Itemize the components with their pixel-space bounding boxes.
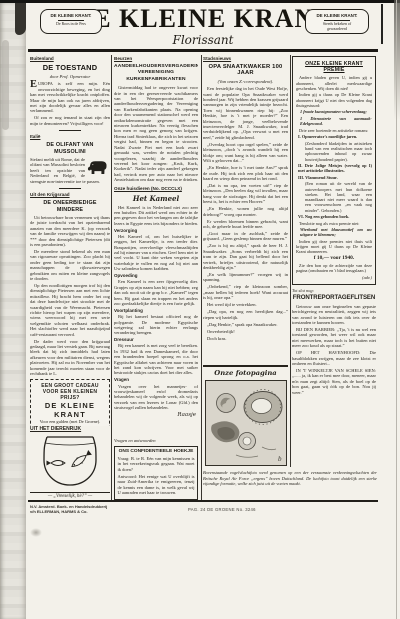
section-label: Onze huisdieren (No. DCCCLX) [114, 186, 198, 192]
subsection-heading: Verzorging [114, 228, 198, 234]
paragraph: „En Henkie, wonen jullie nog altijd drie… [203, 206, 288, 217]
paragraph: „Gooi maar in de aschbak,” zeide de grij… [203, 231, 288, 242]
premium-note: (Een roman uit de wereld van de autoverk… [296, 181, 372, 212]
paragraph: BIJ DEN BARBIER: „Tja, 't is nu wel een … [292, 327, 376, 349]
column-buitenland: Buitenland DE TOESTAND door Prof. Opmera… [30, 56, 110, 500]
paragraph: Getrouw aan onze beginselen van gepaste … [292, 304, 376, 326]
paragraph: „Zoo is hij nu altijd,” sprak de heer H.… [203, 243, 288, 270]
subscription-premium-ad: ONZE KLEINE KRANT PREMIE Andere bladen g… [292, 56, 376, 285]
ad-line: VOOR EEN KLEINEN PRIJS? [33, 389, 107, 401]
foto-section: Onze fotopagina b [203, 363, 288, 466]
ad-paragraph: Indien gij u thans op De Kleine Krant ab… [296, 92, 372, 108]
article-byline: door Prof. Opmerator [30, 74, 110, 79]
premium-note: (Zeshonderd bladzijden in artistieken ba… [296, 141, 372, 162]
paragraph: Het Kameel is in Nederland niet zoo zeer… [114, 205, 198, 227]
scan-artifact-line [381, 4, 383, 44]
scan-smudge [30, 528, 42, 537]
page-reference: PAG. 24 DE GROENE No. 3246 [188, 507, 256, 512]
masthead-rule [28, 49, 378, 52]
column-premie: ONZE KLEINE KRANT PREMIE Andere bladen g… [292, 56, 376, 468]
qa-section: Vragen en antwoorden ONS CONFIDENTIEELE … [114, 438, 198, 500]
paragraph: Een feestelijke dag in het Oude West Hof… [203, 86, 288, 140]
lead-paragraph: EUROPA is zelf een mijn. Eén onvoorzicht… [30, 81, 110, 113]
scan-edge-hairline [396, 0, 397, 619]
section-label: Beurzen [114, 56, 198, 62]
paragraph: „Overdag hoort opa orgel spelen,” zeide … [203, 142, 288, 164]
slogan-box-title: DE KLEINE KRANT: [41, 13, 101, 18]
svg-text:b: b [278, 455, 282, 463]
section-label: Stadsnieuws [203, 56, 288, 62]
scan-artifact-blob [15, 3, 26, 35]
paragraph: Bij het kameel bestaat officieel nog de … [114, 314, 198, 336]
article-headline: OPA SNAATKWAKER 100 JAAR [203, 64, 288, 77]
paragraph: Op den noodlottigen morgen trof hij den … [30, 283, 110, 337]
question-text: Vraag: B. te R. Eén van mijn kennissen i… [118, 456, 195, 472]
section-label: Uit den Krijgsraad [30, 192, 110, 198]
paragraph: Of zou er nog iemand in staat zijn den m… [30, 115, 110, 126]
article-headline: DE ONEERBIEDIGE MINDERE [30, 200, 110, 213]
premium-item: III. Vlammend Stuur. [296, 175, 372, 180]
section-label: Vragen en antwoorden [114, 438, 198, 444]
article-body: Uit betrouwbare bron vernemen wij thans … [30, 215, 110, 377]
scan-artifact-streak [2, 40, 9, 130]
paragraph: Het Kameel of, om het huiselijker te zeg… [114, 234, 198, 272]
article-headline: AANDEELHOUDERSVERGADERING VEREENIGING KU… [114, 64, 198, 83]
subsection-heading: Dressuur [114, 337, 198, 343]
imprint-line: v/h ELLERMAN, HARMS & Co. [30, 509, 107, 514]
column-rule [111, 55, 112, 501]
paragraph: „Dag opa, en nog een heerlijken dag...” … [203, 309, 288, 320]
ad-title: DE KLEINE KRANT [33, 401, 107, 419]
subsection-heading: Vragen [114, 377, 198, 383]
column-beurzen: Beurzen AANDEELHOUDERSVERGADERING VEREEN… [114, 56, 198, 500]
caption-rule [30, 492, 110, 493]
drop-cap: E [30, 81, 38, 90]
lead-text: UROPA is zelf een mijn. Eén onvoorzichti… [30, 81, 110, 113]
article-headline: FRONTREPORTAGEFLITSEN [292, 294, 376, 302]
ad-paragraph: Indien gij deze premies niet thuis wilt … [296, 239, 372, 255]
column-rule [201, 55, 202, 501]
premium-item: 1 fraaie kunstgranaten-schervenlaag; [296, 109, 372, 114]
subsection-heading: Voortplanting [114, 308, 198, 314]
answer-text: Antwoord: Het eenige wat U overblijft is… [118, 474, 195, 496]
ad-headline: ONZE KLEINE KRANT PREMIE [296, 61, 372, 74]
ad-paragraph: Zie den bon op de achterzijde van deze p… [296, 263, 372, 273]
slogan-box-rule [324, 20, 350, 21]
section-label: UIT HET DIERENRIJK [30, 426, 110, 433]
headline-line: VEREENIGING KURKENFABRIKANTEN [126, 70, 185, 81]
article-body: Getrouw aan onze beginselen van gepaste … [292, 304, 376, 395]
section-divider [59, 188, 81, 189]
footer-rule [28, 500, 378, 502]
scan-edge-top [0, 0, 400, 3]
paragraph: Bij een kameel is met zorg veel te berei… [114, 343, 198, 375]
subsection-heading: Opvoeding [114, 273, 198, 279]
slogan-box-text: De Roos in de Pers [41, 22, 101, 27]
slogan-box-text: gewaardeerd [306, 27, 368, 32]
column-stadsnieuws: Stadsnieuws OPA SNAATKWAKER 100 JAAR (Va… [203, 56, 288, 466]
premium-item: 1 Dienooterie van aanmaak-Edelgewond. [296, 116, 372, 126]
elephant-illustration [87, 158, 110, 175]
paragraph: Uit betrouwbare bron vernemen wij thans … [30, 215, 110, 247]
paragraph: Doch kras. [203, 336, 288, 341]
masthead-slogan-box-left: DE KLEINE KRANT: De Roos in de Pers [40, 9, 102, 34]
section-divider [59, 130, 81, 131]
scan-edge-right [394, 0, 400, 120]
adv-marker: (adv.) [296, 275, 372, 280]
paragraph: „En Henkie, hoe is 't met tante Ans?” sp… [203, 165, 288, 181]
ad-paragraph: Tenslotte nog als extra premie niet: [296, 221, 372, 226]
paragraph: De dader werd voor den krijgsraad gedaag… [30, 339, 110, 377]
section-rule [203, 365, 288, 367]
confidential-corner-box: ONS CONFIDENTIEELE HOEKJE Vraag: B. te R… [114, 446, 198, 500]
photo-caption: Bovenstaande vogelvluchtfoto werd genome… [203, 470, 377, 487]
elephant-article: Stefani meldt uit Rome, dat de olifant v… [30, 157, 110, 184]
section-label: Tot slot nog: [292, 288, 376, 294]
headline-line: AANDEELHOUDERSVERGADERING [114, 64, 198, 69]
paragraph: De meerdere stond bekend als een man van… [30, 249, 110, 281]
paragraph: Onverbeterlijk! [203, 329, 288, 334]
price-line: f 10,— voor 1940. [296, 256, 372, 261]
paragraph: Vragen over het mannetjes- of vrouwtjesk… [114, 384, 198, 411]
paragraph: „Onbekend,” riep de kleinzoon somber, „m… [203, 284, 288, 300]
article-title: Het Kameel [114, 194, 198, 203]
section-label: Buitenland [30, 56, 110, 62]
ad-paragraph: Drie zeer boeiende en artistieke romans: [296, 128, 372, 133]
author-signature: Raasje [114, 412, 196, 418]
paragraph: Er werden bloemen binnen gebracht, want … [203, 219, 288, 230]
premium-item: VI. Nog een gebonden boek. [296, 214, 372, 219]
slogan-box-rule [58, 20, 84, 21]
paragraph: „Dat is nu opa, ten voeten uit!” riep de… [203, 183, 288, 205]
animals-section: UIT HET DIERENRIJK [30, 426, 110, 500]
paragraph: IN 'T WINKELTJE VAN SCHELE SIEN: „......… [292, 368, 376, 395]
aerial-photo-illustration: b [205, 380, 287, 466]
column-rule [290, 55, 291, 467]
masthead-slogan-box-right: DE KLEINE KRANT: Steeds bekeken of gewaa… [305, 9, 369, 34]
printer-imprint: N.V. Amsterd. Boek- en Handelsdrukkerij … [30, 504, 107, 514]
premium-item: I. Opmeerator's moeilijke jaren. [296, 134, 372, 139]
article-byline: (Van onzen Z.-correspondent). [203, 79, 288, 84]
paragraph: Een Kameel is een zeer fijngevoelig dier… [114, 279, 198, 306]
article-headline: DE TOESTAND [30, 64, 110, 72]
section-label: Italië [30, 134, 110, 140]
slogan-box-title: DE KLEINE KRANT: [306, 13, 368, 18]
ad-paragraph: Andere bladen geven U, indien gij u abon… [296, 75, 372, 91]
box-title: ONS CONFIDENTIEELE HOEKJE [118, 449, 195, 455]
paragraph: Het werd tijd te vertrekken. [203, 302, 288, 307]
premium-item: II. Drie Jolige Meisjes (vervolg op I) m… [296, 163, 372, 173]
article-headline: DE OLIFANT VAN MUSSOLINI [30, 142, 110, 155]
fishbowl-illustration [31, 434, 109, 490]
premium-item: Wierband met blauwmotief om uw uitgave t… [296, 227, 372, 237]
paragraph: „Dag Henkie,” sprak opa Snaatkwaker. [203, 322, 288, 327]
paragraph: Gistermiddag had te ongeveer kwart voor … [114, 85, 198, 182]
paragraph: OP HET HAVENHOOFD: Die basaltblokken zwi… [292, 350, 376, 366]
paragraph: „En welk lijnnummer?” vroegen wij in spa… [203, 272, 288, 283]
foto-page-heading: Onze fotopagina [203, 369, 288, 378]
article-body: Een feestelijke dag in het Oude West Hof… [203, 86, 288, 341]
newspaper-subtitle: Florissant [28, 33, 378, 47]
newspaper-page: DE KLEINE KRANT Florissant DE KLEINE KRA… [0, 0, 400, 619]
